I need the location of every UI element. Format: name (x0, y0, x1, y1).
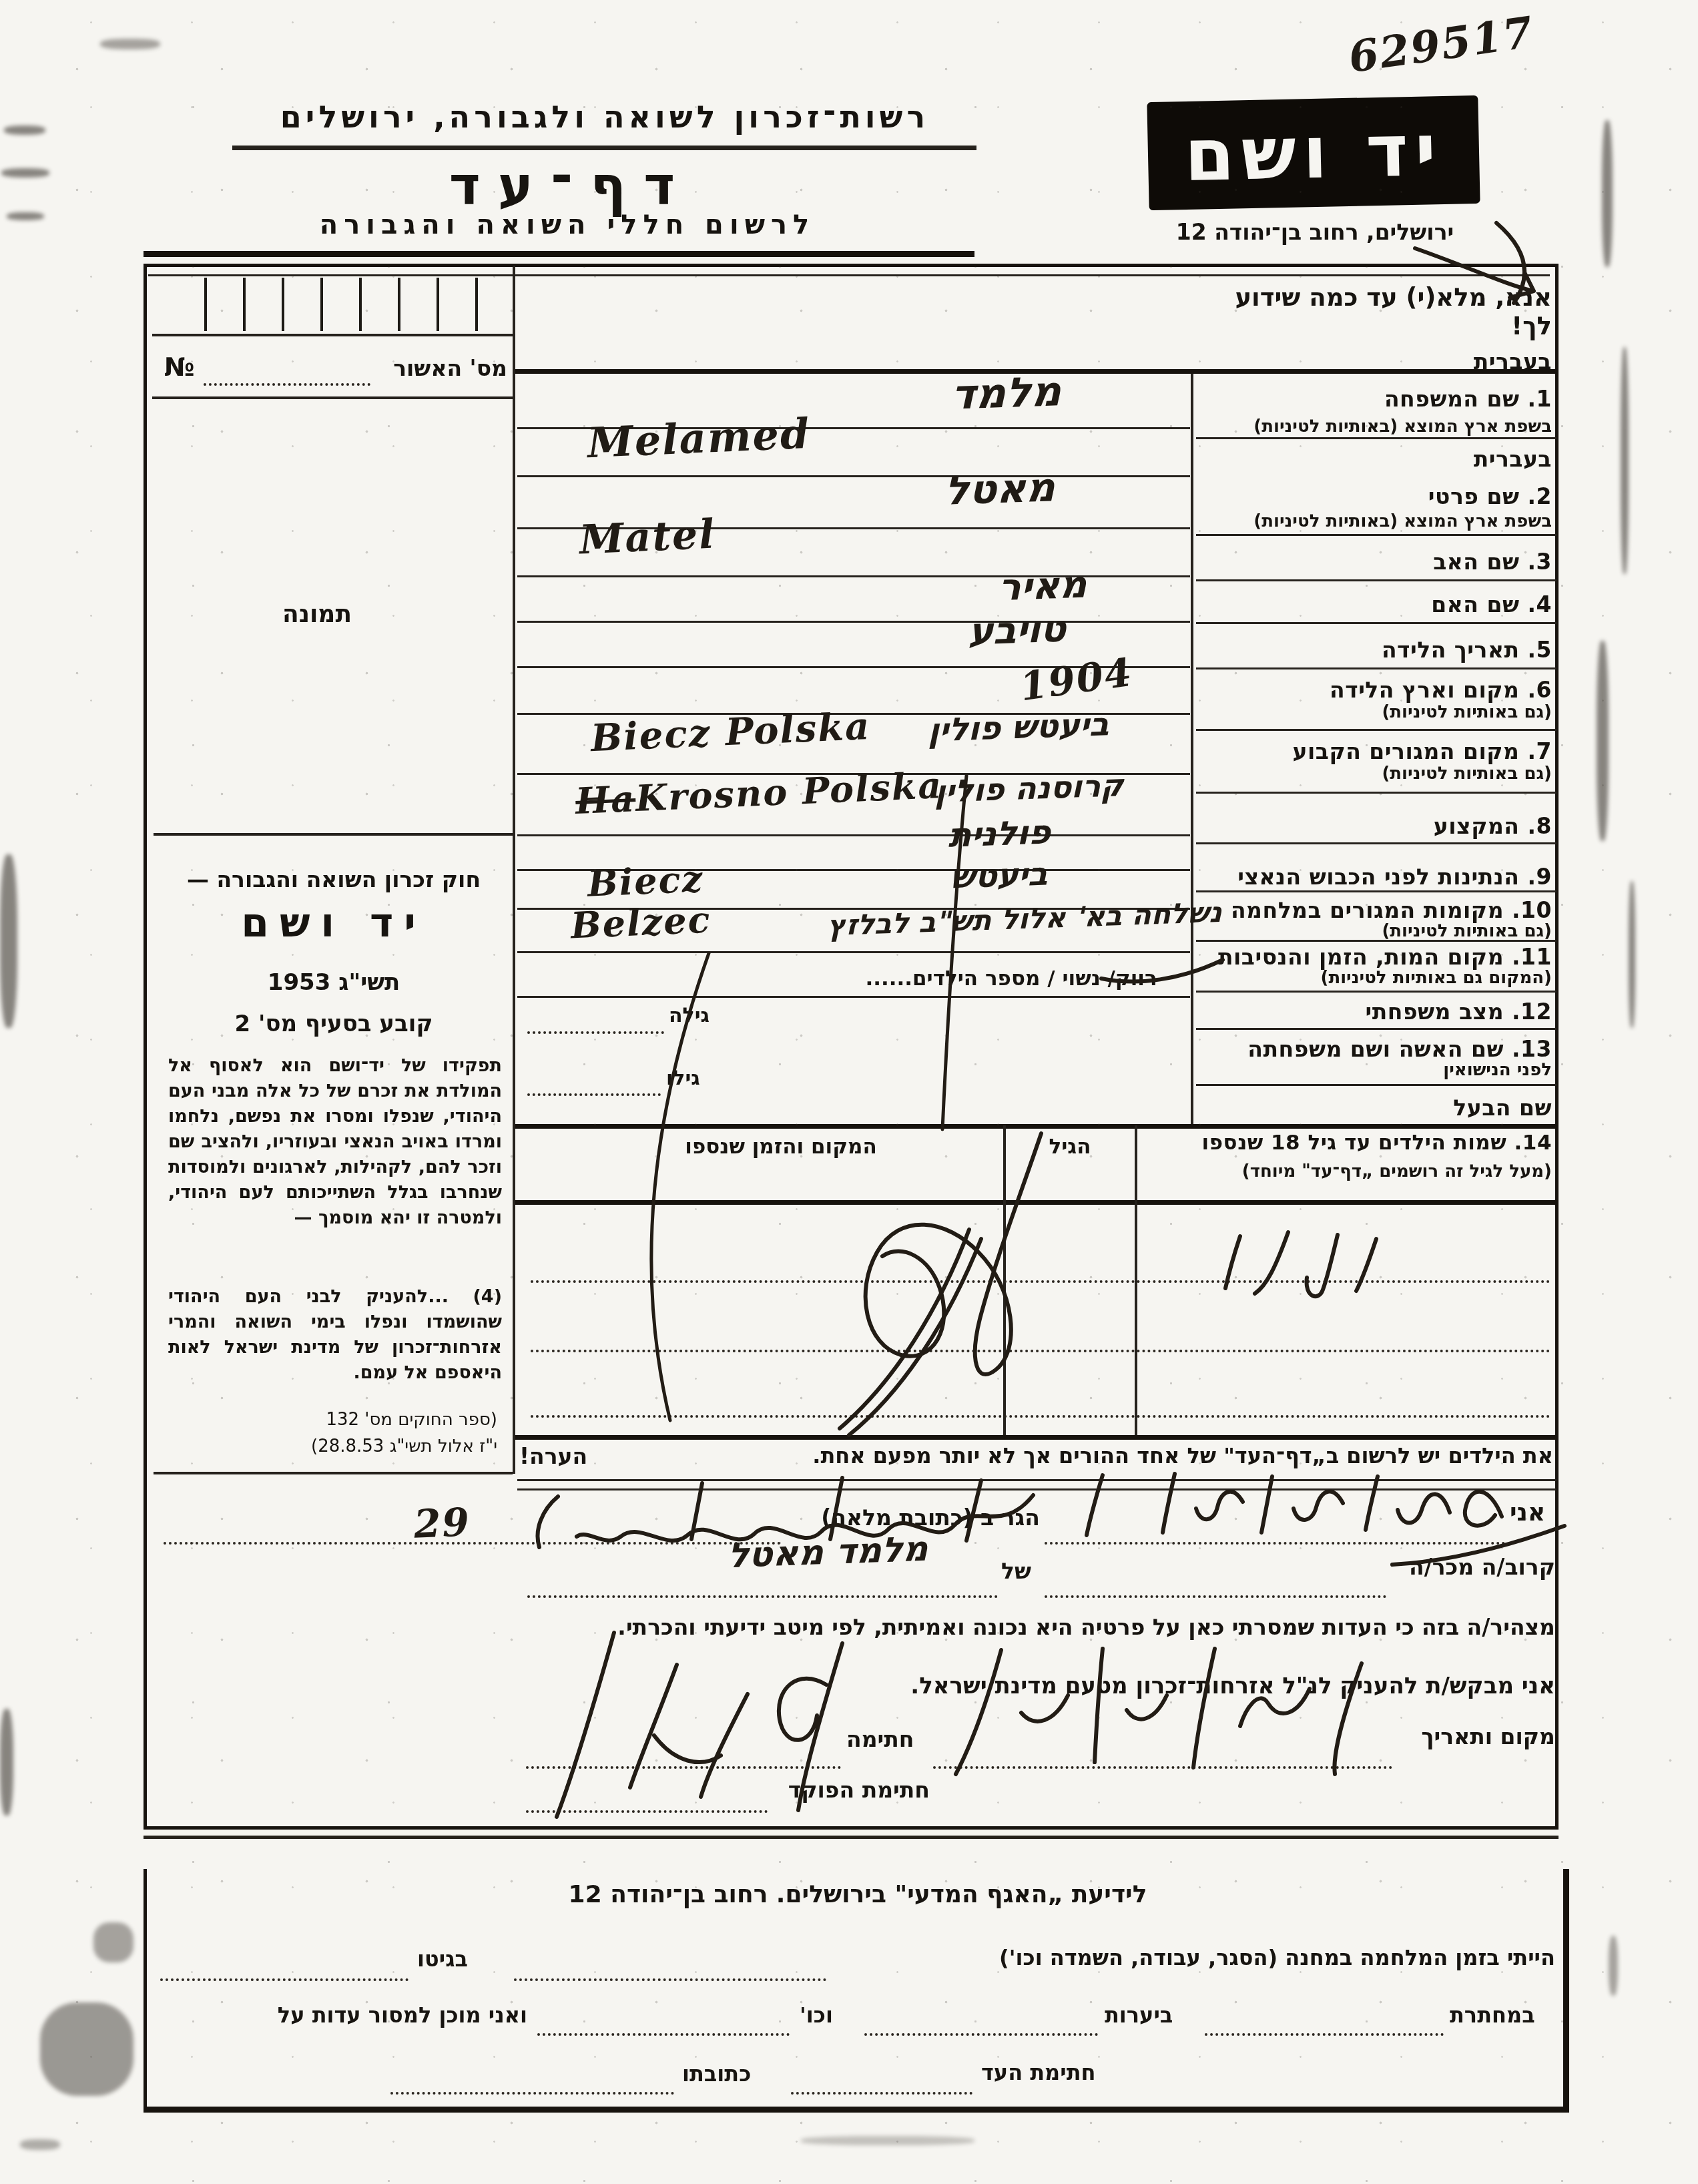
table-top-rule (515, 1200, 1556, 1205)
rule (1196, 890, 1556, 892)
underground-label: במחתרת (1450, 2002, 1535, 2028)
field-7-label: 7. מקום המגורים הקבוע (1198, 738, 1552, 764)
forests-label: ביערות (1105, 2002, 1173, 2028)
box-inner-top-rule (148, 274, 1550, 276)
table-dotted-row (531, 1280, 1550, 1283)
answer-line (517, 621, 1190, 623)
answer-mother-name: טויבע (966, 607, 1073, 653)
marital-status-options: רווק/ נשוי / מספר הילדים...... (821, 967, 1201, 991)
field-5-label: 5. תאריך הלידה (1198, 637, 1552, 663)
scan-artifact (20, 2139, 60, 2150)
his-age-line (527, 1093, 661, 1096)
logo-text: יד ושם (1183, 108, 1444, 197)
law-box-bottom-rule (154, 1472, 513, 1474)
etc-line (537, 2033, 790, 2036)
scan-artifact (7, 212, 44, 220)
witness-name-line (1045, 1542, 1505, 1545)
rule (517, 1479, 1556, 1481)
table-dotted-row (531, 1350, 1550, 1352)
rule (1196, 1084, 1556, 1086)
witness-address-label: כתובתו (682, 2061, 751, 2087)
rule (1196, 792, 1556, 794)
signature-label: חתימה (846, 1726, 914, 1752)
scan-artifact (1, 168, 49, 178)
scan-artifact (1621, 347, 1629, 574)
field-8-label: 8. המקצוע (1198, 813, 1552, 839)
scan-artifact (93, 1922, 133, 1962)
labels-column-divider (1191, 374, 1193, 1125)
clerk-signature-label: חתימת הפוקד (773, 1777, 930, 1803)
field-10-label: 10. מקומות המגורים במלחמה (1198, 897, 1552, 923)
answer-residence-hebrew: קרוסנה פולין (933, 767, 1129, 810)
answer-line (517, 996, 1190, 998)
field-14-sublabel: (מעל לגיל זה רושמים „דף־עד" מיוחד) (1198, 1161, 1552, 1181)
yad-vashem-logo: יד ושם (1147, 95, 1480, 210)
table-header-place-time: המקום והזמן שנספו (601, 1135, 961, 1159)
ready-to-testify-label: ואני מוכן למסור עדות על (159, 2002, 527, 2028)
rule (1196, 579, 1556, 581)
handwritten-victim-name: מלמד מאטל (726, 1529, 934, 1576)
answer-birth-place-hebrew: ביעטש פולין (926, 706, 1115, 749)
rule (1196, 1028, 1556, 1030)
place-date-line (933, 1766, 1392, 1769)
field-2-sublabel: בשפת ארץ המוצא (באותיות לטיניות) (1198, 511, 1552, 531)
her-age-line (527, 1031, 664, 1034)
answer-residence-struck-prefix: Ha (575, 777, 637, 822)
form-title: דף־עד (441, 155, 701, 217)
certificate-row-rule (152, 396, 513, 399)
form-subtitle: לרשום חללי השואה והגבורה (280, 210, 854, 240)
logo-address: ירושלים, רחוב בן־יהודה 12 (1161, 219, 1468, 245)
field-7-sublabel: (גם באותיות לטיניות) (1198, 764, 1552, 784)
answer-family-name-latin: Melamed (587, 409, 812, 468)
table-dotted-row (531, 1415, 1550, 1418)
rule (1196, 667, 1556, 669)
table-header-age: הגיל (1007, 1135, 1133, 1159)
relation-line (1045, 1595, 1386, 1598)
signature-line (526, 1766, 841, 1769)
field-1-label: 1. שם המשפחה (1198, 386, 1552, 412)
law-cite-1: (ספר החוקים מס' 132 (170, 1410, 497, 1430)
clerk-signature-line (526, 1810, 768, 1813)
scanned-testimony-page: { "doc": { "reg_no_hw": "629517", "org_t… (0, 0, 1698, 2184)
declaration-statement: מצהיר/ה בזה כי העדות שמסרתי כאן על פרטיה… (521, 1614, 1555, 1640)
forests-line (864, 2033, 1098, 2036)
field-2-hebrew-label: בעברית (1198, 446, 1552, 472)
handwritten-house-number: 29 (413, 1499, 472, 1547)
citizenship-request: אני מבקש/ת להעניק לנ"ל אזרחות־זכרון מטעם… (768, 1673, 1555, 1699)
answer-line (517, 834, 1190, 836)
of-line (527, 1595, 998, 1598)
certificate-number-label: מס' האשור (370, 355, 507, 381)
org-title: רשות־זכרון לשואה ולגבורה, ירושלים (234, 99, 976, 135)
note-text: את הילדים יש לרשום ב„דף־העד" של אחד ההור… (611, 1443, 1553, 1468)
field-11-sublabel: (המקום גם באותיות לטיניות) (1198, 968, 1552, 988)
scan-artifact (100, 39, 160, 49)
law-yad-vashem: יד ושם (207, 900, 461, 946)
scan-artifact (1602, 120, 1613, 267)
field-12-label: 12. מצב משפחתי (1198, 999, 1552, 1025)
etc-label: וכו' (800, 2002, 833, 2028)
answer-father-name: מאיר (997, 563, 1094, 610)
header-rule (144, 251, 974, 257)
witness-address-line (390, 2092, 674, 2095)
fill-in-prompt: אנא, מלא(י) עד כמה שידוע לך! (1198, 283, 1552, 340)
answer-line (517, 475, 1190, 477)
field-6-sublabel: (גם באותיות לטיניות) (1198, 702, 1552, 722)
field-6-label: 6. מקום וארץ הלידה (1198, 677, 1552, 703)
left-column-divider (513, 266, 515, 1474)
camp-line (514, 1978, 826, 1981)
field-4-label: 4. שם האם (1198, 591, 1552, 617)
law-title: חוק זכרון השואה והגבורה — (167, 866, 501, 892)
answer-war-residence-latin: Biecz (587, 857, 705, 905)
answer-death-place-latin: Belzec (570, 898, 712, 946)
husband-name-label: שם הבעל (1198, 1095, 1552, 1121)
scan-artifact (801, 2136, 974, 2145)
rule (1196, 991, 1556, 993)
answer-first-name-hebrew: מאטל (942, 464, 1063, 515)
witness-signature-line (791, 2092, 972, 2095)
relation-label: קרוב/ה מכר/ה (1392, 1554, 1555, 1580)
handwritten-registration-number: 629517 (1346, 7, 1537, 83)
field-14-label: 14. שמות הילדים עד גיל 18 שנספו (1198, 1131, 1552, 1155)
certificate-number-line (204, 383, 370, 386)
perforation-ticks (168, 278, 510, 331)
answer-citizenship: פולנית (946, 812, 1057, 854)
scan-artifact (1597, 641, 1609, 841)
scan-artifact (0, 1709, 13, 1816)
rule (1196, 842, 1556, 844)
field-13-sublabel: לפני הנישואין (1198, 1060, 1552, 1080)
rule (1196, 534, 1556, 536)
note-label: הערה! (519, 1443, 587, 1469)
scan-artifact (1629, 881, 1635, 1028)
witness-signature-label: חתימת העד (981, 2060, 1096, 2085)
answer-line (517, 951, 1190, 953)
of-label: של (1001, 1558, 1031, 1584)
field-11-label: 11. מקום המות, הזמן והנסיבות (1198, 944, 1552, 970)
bottom-section-title: לידיעת „האגף המדעי" בירושלים. רחוב בן־יה… (374, 1881, 1342, 1908)
ticks-bottom-rule (152, 334, 513, 336)
field-1-sublabel: בשפת ארץ המוצא (באותיות לטיניות) (1198, 417, 1552, 437)
field-9-label: 9. הנתינות לפני הכבוש הנאצי (1198, 864, 1552, 890)
her-age-label: גילה (669, 1004, 710, 1027)
scan-artifact (0, 854, 17, 1028)
photo-placeholder-label: תמונה (264, 601, 370, 628)
law-section: קובע בסעיף מס' 2 (207, 1011, 461, 1037)
ghetto-line (160, 1978, 408, 1981)
law-box-top-rule (154, 833, 513, 836)
answer-first-name-latin: Matel (579, 511, 717, 564)
declaration-address-label: הגר ב (כתובת מלאה) (786, 1505, 1040, 1531)
underground-line (1205, 2033, 1444, 2036)
scan-artifact (40, 2002, 133, 2096)
rule (1196, 729, 1556, 731)
witness-address-line (164, 1542, 781, 1545)
rule (1196, 622, 1556, 624)
scan-artifact (1609, 1936, 1618, 1996)
heavy-rule (515, 1124, 1556, 1129)
field-1-hebrew-label: בעברית (1198, 348, 1552, 374)
field-3-label: 3. שם האב (1198, 549, 1552, 575)
law-body: תפקידו של יד־ושם הוא לאסוף אל המולדת את … (168, 1053, 502, 1231)
rule (517, 1488, 1556, 1490)
law-year: תשי"ג 1953 (207, 969, 461, 996)
field-13-label: 13. שם האשה ושם משפחתה (1198, 1036, 1552, 1062)
org-title-underline (232, 146, 976, 150)
declaration-i-label: אני (1510, 1499, 1545, 1527)
table-bottom-rule (515, 1435, 1556, 1440)
scan-artifact (4, 125, 45, 135)
answer-family-name-hebrew: מלמד (949, 366, 1070, 419)
answer-war-residence-hebrew: ביעטש (948, 855, 1054, 896)
law-body-2: (4) ...להעניק לבני העם היהודי שהושמדו ונ… (168, 1284, 502, 1386)
law-cite-2: י"ז אלול תשי"ג 28.8.53) (170, 1436, 497, 1456)
rule (1196, 940, 1556, 942)
his-age-label: גילו (666, 1067, 700, 1090)
field-10-sublabel: (גם באותיות לטיניות) (1198, 921, 1552, 941)
number-symbol: № (164, 352, 195, 382)
camp-question: הייתי בזמן המלחמה במחנה (הסגר, עבודה, הש… (834, 1945, 1555, 1970)
place-date-label: מקום ותאריך (1398, 1723, 1555, 1749)
box-outer-bottom-rule (144, 1836, 1559, 1839)
ghetto-label: בגיטו (417, 1946, 468, 1972)
rule (1196, 437, 1556, 439)
field-2-label: 2. שם פרטי (1198, 483, 1552, 509)
